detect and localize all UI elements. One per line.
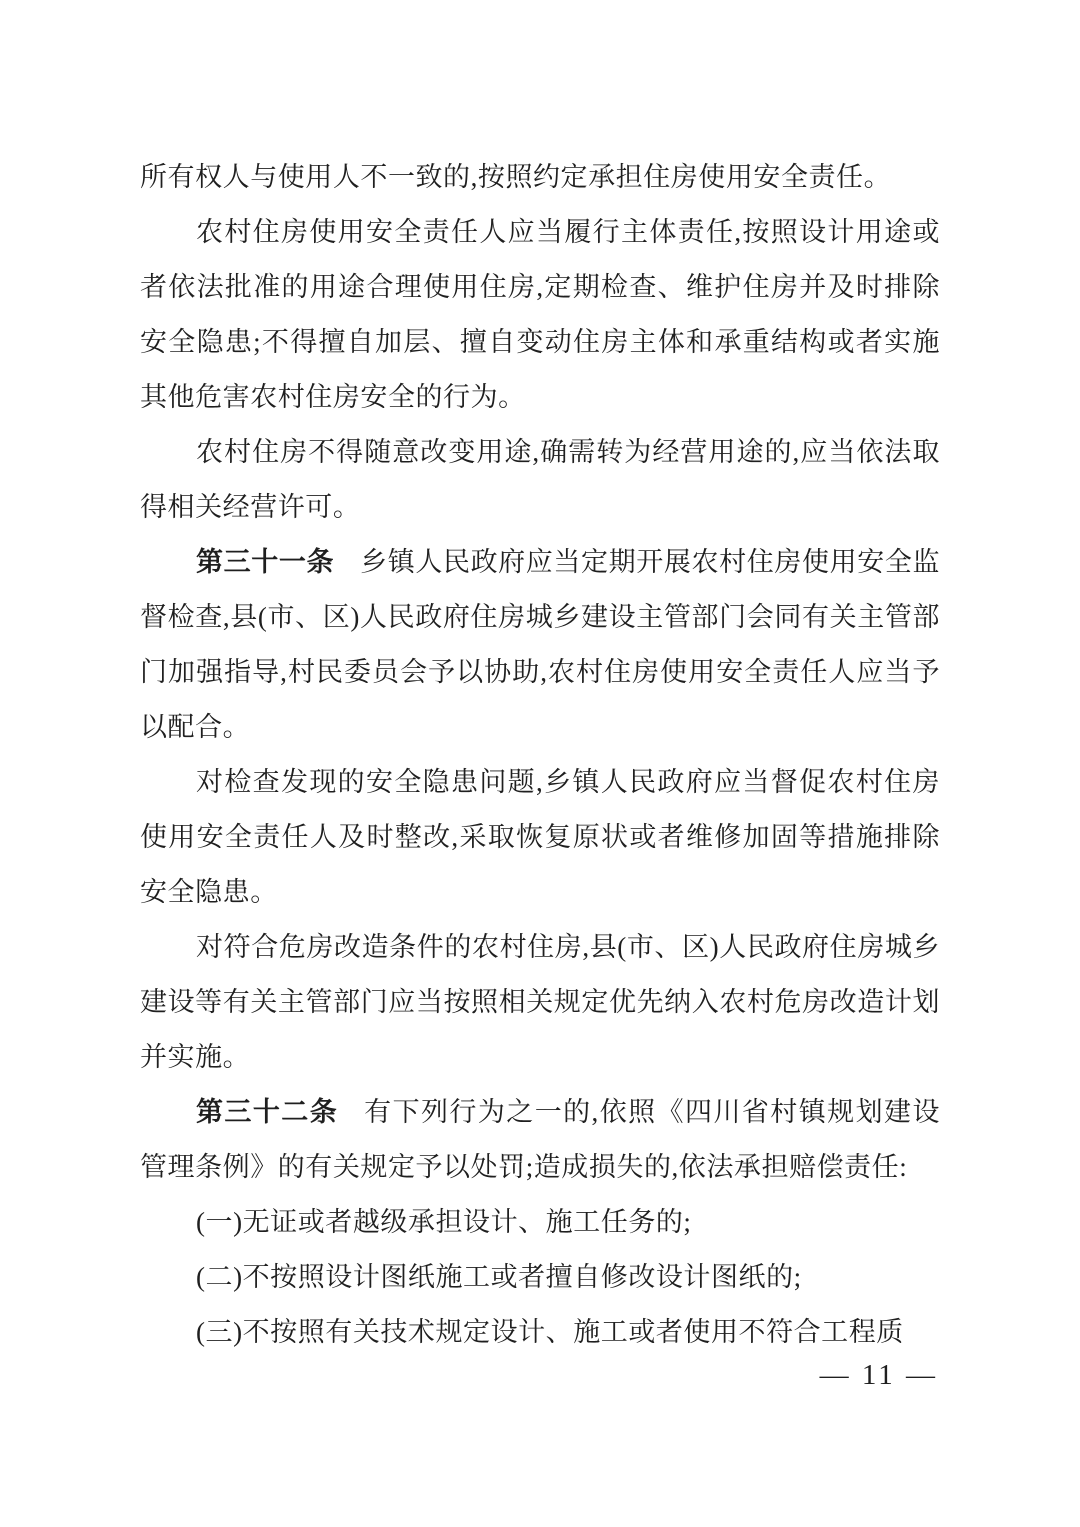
- paragraph-article-31: 第三十一条乡镇人民政府应当定期开展农村住房使用安全监督检查,县(市、区)人民政府…: [140, 535, 940, 755]
- list-item-3: (三)不按照有关技术规定设计、施工或者使用不符合工程质: [140, 1305, 940, 1360]
- paragraph-article-32: 第三十二条有下列行为之一的,依照《四川省村镇规划建设管理条例》的有关规定予以处罚…: [140, 1085, 940, 1195]
- paragraph-body-2: 农村住房不得随意改变用途,确需转为经营用途的,应当依法取得相关经营许可。: [140, 425, 940, 535]
- paragraph-body-1: 农村住房使用安全责任人应当履行主体责任,按照设计用途或者依法批准的用途合理使用住…: [140, 205, 940, 425]
- paragraph-continuation: 所有权人与使用人不一致的,按照约定承担住房使用安全责任。: [140, 150, 940, 205]
- article-31-number: 第三十一条: [196, 547, 334, 577]
- document-text-block: 所有权人与使用人不一致的,按照约定承担住房使用安全责任。 农村住房使用安全责任人…: [140, 150, 940, 1360]
- list-item-2: (二)不按照设计图纸施工或者擅自修改设计图纸的;: [140, 1250, 940, 1305]
- paragraph-body-4: 对检查发现的安全隐患问题,乡镇人民政府应当督促农村住房使用安全责任人及时整改,采…: [140, 755, 940, 920]
- list-item-1: (一)无证或者越级承担设计、施工任务的;: [140, 1195, 940, 1250]
- paragraph-body-5: 对符合危房改造条件的农村住房,县(市、区)人民政府住房城乡建设等有关主管部门应当…: [140, 920, 940, 1085]
- document-page: 所有权人与使用人不一致的,按照约定承担住房使用安全责任。 农村住房使用安全责任人…: [0, 0, 1080, 1527]
- page-number: — 11 —: [820, 1355, 938, 1395]
- article-32-number: 第三十二条: [196, 1097, 338, 1127]
